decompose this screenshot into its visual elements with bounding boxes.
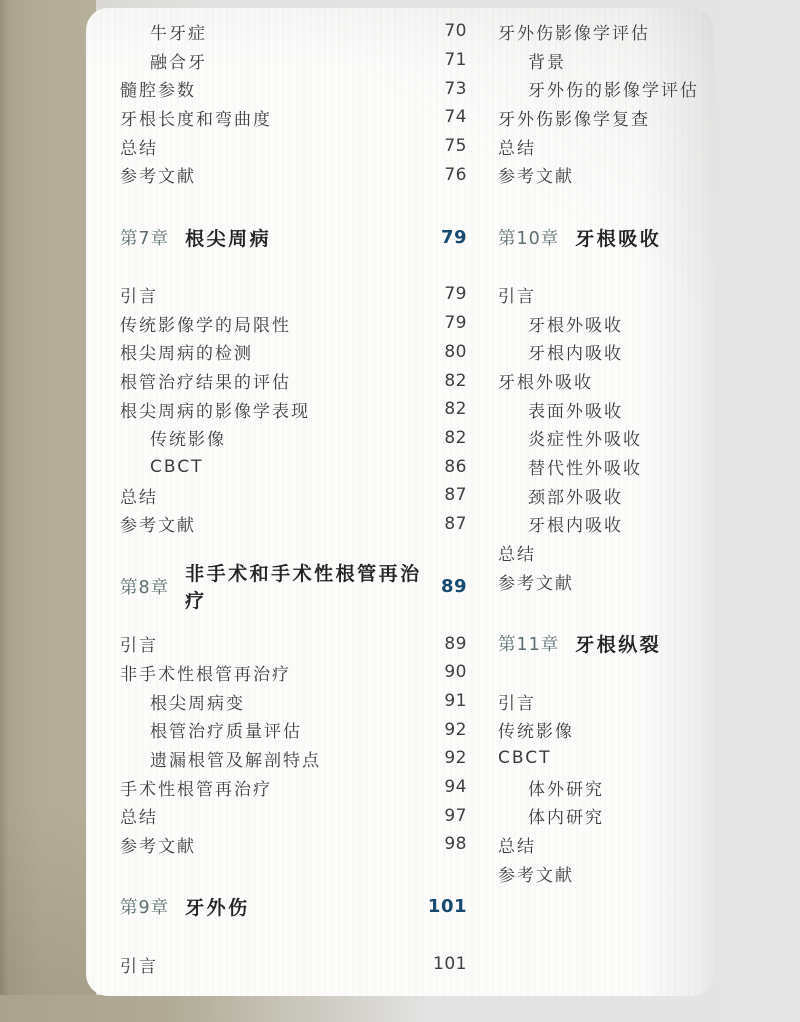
- toc-entry: 髓腔参数73: [120, 74, 467, 103]
- toc-entry: 引言101: [120, 950, 467, 979]
- toc-entry: 总结75: [120, 132, 467, 161]
- toc-entry-label: 根管治疗质量评估: [150, 717, 302, 742]
- chapter-heading: 第11章牙根纵裂: [498, 629, 710, 659]
- toc-entry: 牙根内吸收: [498, 510, 710, 539]
- toc-entry-label: 牙外伤影像学复查: [498, 105, 650, 130]
- chapter-number-label: 第10章: [498, 225, 559, 250]
- toc-entry: 体内研究: [498, 801, 710, 830]
- toc-entry: 根尖周病变91: [120, 687, 467, 716]
- book-page: 牛牙症70融合牙71髓腔参数73牙根长度和弯曲度74总结75参考文献76第7章根…: [86, 8, 714, 996]
- toc-entry-label: 总结: [120, 134, 158, 159]
- toc-entry-label: 参考文献: [120, 832, 196, 857]
- toc-entry-label: 表面外吸收: [528, 397, 623, 422]
- toc-entry-label: 遗漏根管及解剖特点: [150, 746, 321, 771]
- toc-entry-label: 总结: [498, 134, 536, 159]
- toc-entry: 总结87: [120, 481, 467, 510]
- toc-entry: CBCT86: [120, 452, 467, 481]
- toc-entry-label: CBCT: [150, 457, 204, 477]
- toc-entry-page-number: 87: [444, 514, 467, 534]
- toc-entry-label: 牙根内吸收: [528, 339, 623, 364]
- toc-entry: 参考文献98: [120, 830, 467, 859]
- toc-entry: 手术性根管再治疗94: [120, 773, 467, 802]
- toc-entry-label: 牙根外吸收: [528, 311, 623, 336]
- toc-entry-label: 髓腔参数: [120, 76, 196, 101]
- toc-entry-page-number: 97: [444, 806, 467, 826]
- toc-entry: 引言79: [120, 280, 467, 309]
- toc-entry-page-number: 94: [444, 777, 467, 797]
- toc-entry: 牙根长度和弯曲度74: [120, 103, 467, 132]
- toc-entry-label: 总结: [120, 483, 158, 508]
- toc-entry-page-number: 89: [444, 634, 467, 654]
- toc-entry: 颈部外吸收: [498, 481, 710, 510]
- toc-entry-label: 手术性根管再治疗: [120, 775, 272, 800]
- toc-entry-label: 参考文献: [120, 162, 196, 187]
- toc-entry: 传统影像82: [120, 424, 467, 453]
- toc-entry-page-number: 80: [444, 342, 467, 362]
- toc-entry-label: 根尖周病变: [150, 689, 245, 714]
- toc-entry-label: 总结: [498, 832, 536, 857]
- chapter-page-number: 101: [428, 896, 467, 917]
- toc-entry: 牙根外吸收: [498, 309, 710, 338]
- toc-entry-label: 牙根内吸收: [528, 511, 623, 536]
- toc-entry-label: 牛牙症: [150, 19, 207, 44]
- toc-entry-page-number: 92: [444, 748, 467, 768]
- toc-entry-label: 牙外伤的影像学评估: [528, 76, 699, 101]
- toc-entry-label: 参考文献: [498, 861, 574, 886]
- toc-entry-page-number: 82: [444, 371, 467, 391]
- toc-entry-page-number: 91: [444, 691, 467, 711]
- toc-entry-label: 引言: [120, 952, 158, 977]
- toc-entry-page-number: 74: [444, 107, 467, 127]
- toc-entry: 根管治疗结果的评估82: [120, 366, 467, 395]
- toc-entry-page-number: 87: [444, 485, 467, 505]
- toc-entry: 根管治疗质量评估92: [120, 715, 467, 744]
- toc-entry-page-number: 90: [444, 662, 467, 682]
- toc-entry: 背景: [498, 46, 710, 75]
- toc-entry-label: 替代性外吸收: [528, 454, 642, 479]
- toc-entry: 参考文献: [498, 567, 710, 596]
- toc-entry-label: 根尖周病的检测: [120, 339, 253, 364]
- chapter-number-label: 第7章: [120, 225, 169, 250]
- photo-backdrop-left: [0, 0, 96, 1022]
- toc-entry: 参考文献: [498, 160, 710, 189]
- toc-entry: 表面外吸收: [498, 395, 710, 424]
- toc-entry: 总结: [498, 830, 710, 859]
- toc-entry-label: 参考文献: [498, 569, 574, 594]
- toc-entry-label: 炎症性外吸收: [528, 425, 642, 450]
- toc-entry: 总结: [498, 132, 710, 161]
- toc-entry-page-number: 76: [444, 165, 467, 185]
- toc-entry: 牙根外吸收: [498, 366, 710, 395]
- toc-entry-label: 融合牙: [150, 48, 207, 73]
- toc-entry-label: 背景: [528, 48, 566, 73]
- toc-entry: 非手术性根管再治疗90: [120, 658, 467, 687]
- toc-entry: 引言: [498, 687, 710, 716]
- toc-entry: 引言: [498, 280, 710, 309]
- toc-entry-label: 总结: [498, 540, 536, 565]
- chapter-number-label: 第8章: [120, 574, 169, 599]
- photo-backdrop-bottom-left: [0, 995, 440, 1022]
- toc-entry-page-number: 98: [444, 834, 467, 854]
- toc-entry-label: 牙根长度和弯曲度: [120, 105, 272, 130]
- chapter-heading: 第7章根尖周病79: [120, 222, 467, 252]
- toc-entry: 牛牙症70: [120, 17, 467, 46]
- toc-entry-label: 参考文献: [120, 511, 196, 536]
- toc-entry: 传统影像: [498, 715, 710, 744]
- toc-entry: 参考文献87: [120, 510, 467, 539]
- toc-entry-label: 牙外伤影像学评估: [498, 19, 650, 44]
- chapter-page-number: 89: [441, 576, 467, 597]
- chapter-number-label: 第11章: [498, 631, 559, 656]
- toc-entry-label: 牙根外吸收: [498, 368, 593, 393]
- toc-entry: 根尖周病的检测80: [120, 338, 467, 367]
- toc-entry-label: 颈部外吸收: [528, 483, 623, 508]
- toc-entry: 替代性外吸收: [498, 452, 710, 481]
- chapter-page-number: 79: [441, 227, 467, 248]
- toc-entry-label: 非手术性根管再治疗: [120, 660, 291, 685]
- toc-entry: 牙外伤影像学复查: [498, 103, 710, 132]
- toc-entry-label: 总结: [120, 803, 158, 828]
- toc-entry-page-number: 92: [444, 720, 467, 740]
- toc-entry-label: 引言: [498, 282, 536, 307]
- chapter-title: 牙外伤: [185, 893, 428, 920]
- toc-entry: 牙外伤影像学评估: [498, 17, 710, 46]
- toc-entry: 体外研究: [498, 773, 710, 802]
- toc-column-left: 牛牙症70融合牙71髓腔参数73牙根长度和弯曲度74总结75参考文献76第7章根…: [120, 17, 467, 979]
- toc-entry: 传统影像学的局限性79: [120, 309, 467, 338]
- toc-entry-label: 根尖周病的影像学表现: [120, 397, 310, 422]
- chapter-heading: 第8章非手术和手术性根管再治疗89: [120, 571, 467, 601]
- toc-entry-label: 体内研究: [528, 803, 604, 828]
- toc-entry-label: 根管治疗结果的评估: [120, 368, 291, 393]
- toc-entry: 引言89: [120, 629, 467, 658]
- chapter-title: 牙根纵裂: [575, 630, 710, 657]
- chapter-title: 牙根吸收: [575, 224, 710, 251]
- toc-entry: 炎症性外吸收: [498, 424, 710, 453]
- toc-entry-page-number: 70: [444, 21, 467, 41]
- toc-column-right: 牙外伤影像学评估背景牙外伤的影像学评估牙外伤影像学复查总结参考文献第10章牙根吸…: [498, 17, 710, 888]
- toc-entry-label: 参考文献: [498, 162, 574, 187]
- toc-entry: CBCT: [498, 744, 710, 773]
- toc-entry-label: 引言: [498, 689, 536, 714]
- toc-entry-label: 引言: [120, 282, 158, 307]
- toc-entry: 牙根内吸收: [498, 338, 710, 367]
- chapter-number-label: 第9章: [120, 894, 169, 919]
- toc-entry: 总结97: [120, 801, 467, 830]
- toc-entry-label: 传统影像学的局限性: [120, 311, 291, 336]
- toc-entry: 融合牙71: [120, 46, 467, 75]
- chapter-title: 根尖周病: [185, 224, 441, 251]
- toc-entry: 根尖周病的影像学表现82: [120, 395, 467, 424]
- toc-entry: 牙外伤的影像学评估: [498, 74, 710, 103]
- toc-entry: 遗漏根管及解剖特点92: [120, 744, 467, 773]
- toc-entry-page-number: 79: [444, 313, 467, 333]
- toc-entry: 总结: [498, 538, 710, 567]
- toc-entry-label: CBCT: [498, 748, 552, 768]
- toc-entry-label: 传统影像: [498, 717, 574, 742]
- chapter-heading: 第10章牙根吸收: [498, 222, 710, 252]
- toc-entry-label: 传统影像: [150, 425, 226, 450]
- toc-entry-page-number: 82: [444, 428, 467, 448]
- toc-entry: 参考文献76: [120, 160, 467, 189]
- chapter-title: 非手术和手术性根管再治疗: [185, 559, 441, 613]
- toc-entry-page-number: 75: [444, 136, 467, 156]
- toc-entry-page-number: 73: [444, 79, 467, 99]
- toc-entry-page-number: 71: [444, 50, 467, 70]
- toc-entry-page-number: 82: [444, 399, 467, 419]
- toc-entry-label: 引言: [120, 631, 158, 656]
- toc-entry-page-number: 86: [444, 457, 467, 477]
- toc-entry: 参考文献: [498, 859, 710, 888]
- toc-entry-page-number: 101: [433, 954, 467, 974]
- toc-entry-page-number: 79: [444, 284, 467, 304]
- chapter-heading: 第9章牙外伤101: [120, 892, 467, 922]
- toc-entry-label: 体外研究: [528, 775, 604, 800]
